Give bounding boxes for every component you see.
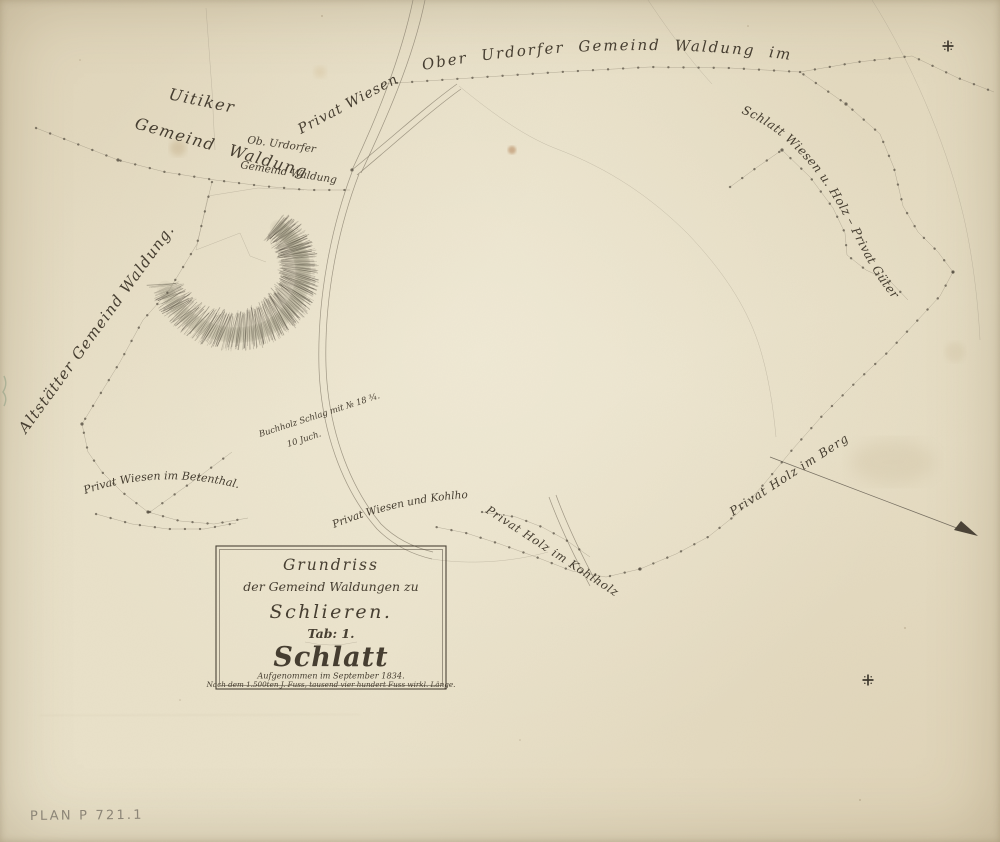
cartouche-title-1: Grundriss — [283, 556, 379, 574]
cartouche-scale: Nach dem 1.500ten J. Fuss, tausend vier … — [206, 680, 456, 689]
cartouche-date: Aufgenommen im September 1834. — [256, 671, 404, 681]
cartouche-title-2: der Gemeind Waldungen zu — [243, 579, 418, 594]
map-sheet: Ober Urdorfer Gemeind Waldung im Hau. Ui… — [0, 0, 1000, 842]
shelfmark: PLAN P 721.1 — [30, 808, 144, 824]
map-canvas: Ober Urdorfer Gemeind Waldung im Hau. Ui… — [0, 0, 1000, 842]
cartouche-tab: Tab: 1. — [308, 626, 355, 641]
cartouche-sheet-name: Schlatt — [273, 642, 388, 673]
cartouche-place: Schlieren. — [270, 601, 393, 623]
